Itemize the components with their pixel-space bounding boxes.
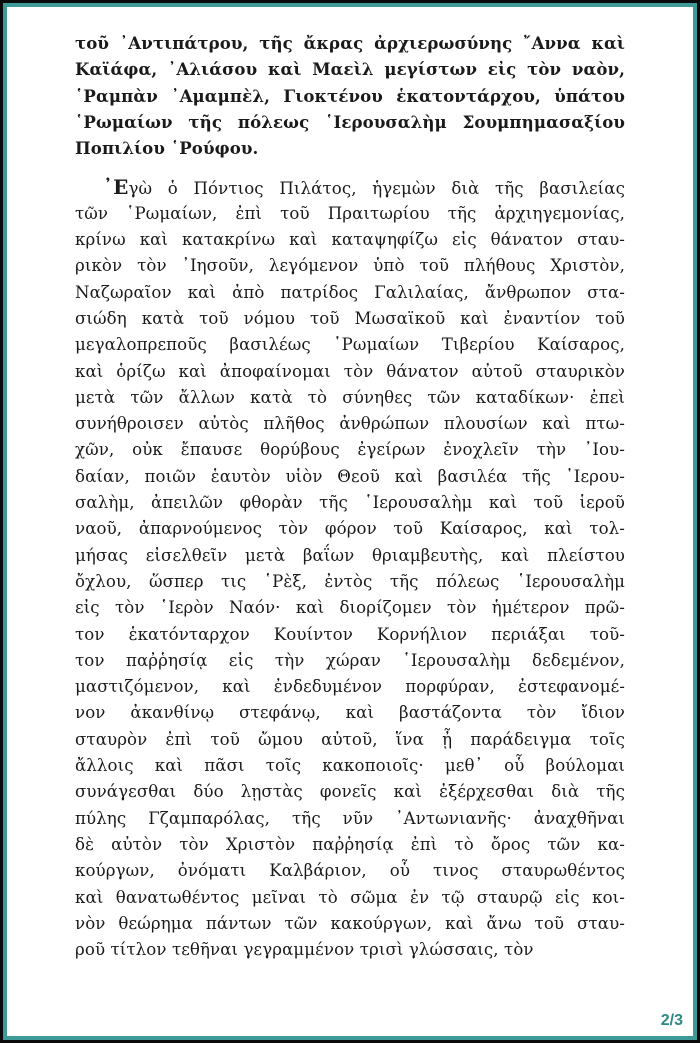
text-line: συνήθροισεν αὐτὸς πλῆθος ἀνθρώπων πλουσί… — [75, 411, 625, 437]
text-line: τον ἑκατόνταρχον Κουίντον Κορνήλιον περι… — [75, 622, 625, 648]
text-line-first: ᾿Εγὼ ὁ Πόντιος Πιλάτος, ἡγεμὼν διὰ τῆς β… — [75, 174, 625, 200]
text-line: ῾Ρωμαίων τῆς πόλεως ῾Ιερουσαλὴμ Σουμπημα… — [75, 109, 625, 135]
text-line: ναοῦ, ἀπαρνούμενος τὸν φόρον τοῦ Καίσαρο… — [75, 516, 625, 542]
paragraph-1: τοῦ ᾿Αντιπάτρου, τῆς ἄκρας ἀρχιερωσύνης … — [75, 30, 625, 161]
text-line: σταυρὸν ἐπὶ τοῦ ὤμου αὐτοῦ, ἵνα ᾖ παράδε… — [75, 727, 625, 753]
text-line: ρικὸν τὸν ᾿Ιησοῦν, λεγόμενον ὑπὸ τοῦ πλή… — [75, 253, 625, 279]
text-line: σαλὴμ, ἀπειλῶν φθορὰν τῆς ῾Ιερουσαλὴμ κα… — [75, 490, 625, 516]
text-line: καὶ θανατωθέντος μεῖναι τὸ σῶμα ἐν τῷ στ… — [75, 885, 625, 911]
text-line: κούργων, ὀνόματι Καλβάριον, οὗ τινος στα… — [75, 858, 625, 884]
text-line: ὄχλου, ὥσπερ τις ῾Ρὲξ, ἐντὸς τῆς πόλεως … — [75, 569, 625, 595]
text-line: συνάγεσθαι δύο λῃστὰς φονεῖς καὶ ἐξέρχεσ… — [75, 779, 625, 805]
paragraph-2: ᾿Εγὼ ὁ Πόντιος Πιλάτος, ἡγεμὼν διὰ τῆς β… — [75, 174, 625, 963]
text-line: μήσας εἰσελθεῖν μετὰ βαΐων θριαμβευτὴς, … — [75, 543, 625, 569]
text-line: τοῦ ᾿Αντιπάτρου, τῆς ἄκρας ἀρχιερωσύνης … — [75, 30, 625, 56]
text-line: ἄλλοις καὶ πᾶσι τοῖς κακοποιοῖς· μεθ᾿ οὗ… — [75, 753, 625, 779]
page-indicator: 2/3 — [661, 1012, 683, 1030]
text-line: νὸν θεώρημα πάντων τῶν κακούργων, καὶ ἄν… — [75, 911, 625, 937]
drop-letter: ᾿Ε — [103, 175, 128, 199]
text-line: ροῦ τίτλον τεθῆναι γεγραμμένον τρισὶ γλώ… — [75, 937, 625, 963]
text-line: σιώδη κατὰ τοῦ νόμου τοῦ Μωσαϊκοῦ καὶ ἐν… — [75, 306, 625, 332]
text-line: πύλης Γζαμπαρόλας, τῆς νῦν ᾿Αντωνιανῆς· … — [75, 806, 625, 832]
text-line: Καϊάφα, ᾿Αλιάσου καὶ Μαεὶλ μεγίστων εἰς … — [75, 56, 625, 82]
text-line: μαστιζόμενον, καὶ ἐνδεδυμένον πορφύραν, … — [75, 674, 625, 700]
document-text: τοῦ ᾿Αντιπάτρου, τῆς ἄκρας ἀρχιερωσύνης … — [75, 30, 625, 963]
document-page: τοῦ ᾿Αντιπάτρου, τῆς ἄκρας ἀρχιερωσύνης … — [7, 7, 693, 1036]
page-frame: τοῦ ᾿Αντιπάτρου, τῆς ἄκρας ἀρχιερωσύνης … — [3, 3, 697, 1040]
text-line: ῾Ραμπὰν ᾿Αμαμπὲλ, Γιοκτένου ἑκατοντάρχου… — [75, 83, 625, 109]
text-line: κρίνω καὶ κατακρίνω καὶ καταψηφίζω εἰς θ… — [75, 227, 625, 253]
text-line: μεγαλοπρεποῦς βασιλέως ῾Ρωμαίων Τιβερίου… — [75, 332, 625, 358]
text-line: Ποπιλίου ῾Ρούφου. — [75, 135, 625, 161]
text-line: τῶν ῾Ρωμαίων, ἐπὶ τοῦ Πραιτωρίου τῆς ἀρχ… — [75, 201, 625, 227]
text-line: τον παῤῥησίᾳ εἰς τὴν χώραν ῾Ιερουσαλὴμ δ… — [75, 648, 625, 674]
text-line: εἰς τὸν ῾Ιερὸν Ναόν· καὶ διορίζομεν τὸν … — [75, 595, 625, 621]
text-line: καὶ ὁρίζω καὶ ἀποφαίνομαι τὸν θάνατον αὐ… — [75, 359, 625, 385]
text-line: δαίαν, ποιῶν ἑαυτὸν υἱὸν Θεοῦ καὶ βασιλέ… — [75, 464, 625, 490]
text-line: Ναζωραῖον καὶ ἀπὸ πατρίδος Γαλιλαίας, ἄν… — [75, 280, 625, 306]
text-line: νον ἀκανθίνῳ στεφάνῳ, καὶ βαστάζοντα τὸν… — [75, 700, 625, 726]
text-line: χῶν, οὐκ ἔπαυσε θορύβους ἐγείρων ἐνοχλεῖ… — [75, 437, 625, 463]
text-line-rest: γὼ ὁ Πόντιος Πιλάτος, ἡγεμὼν διὰ τῆς βασ… — [128, 179, 625, 198]
text-line: δὲ αὐτὸν τὸν Χριστὸν παῤῥησίᾳ ἐπὶ τὸ ὄρο… — [75, 832, 625, 858]
text-line: μετὰ τῶν ἄλλων κατὰ τὸ σύνηθες τῶν καταδ… — [75, 385, 625, 411]
